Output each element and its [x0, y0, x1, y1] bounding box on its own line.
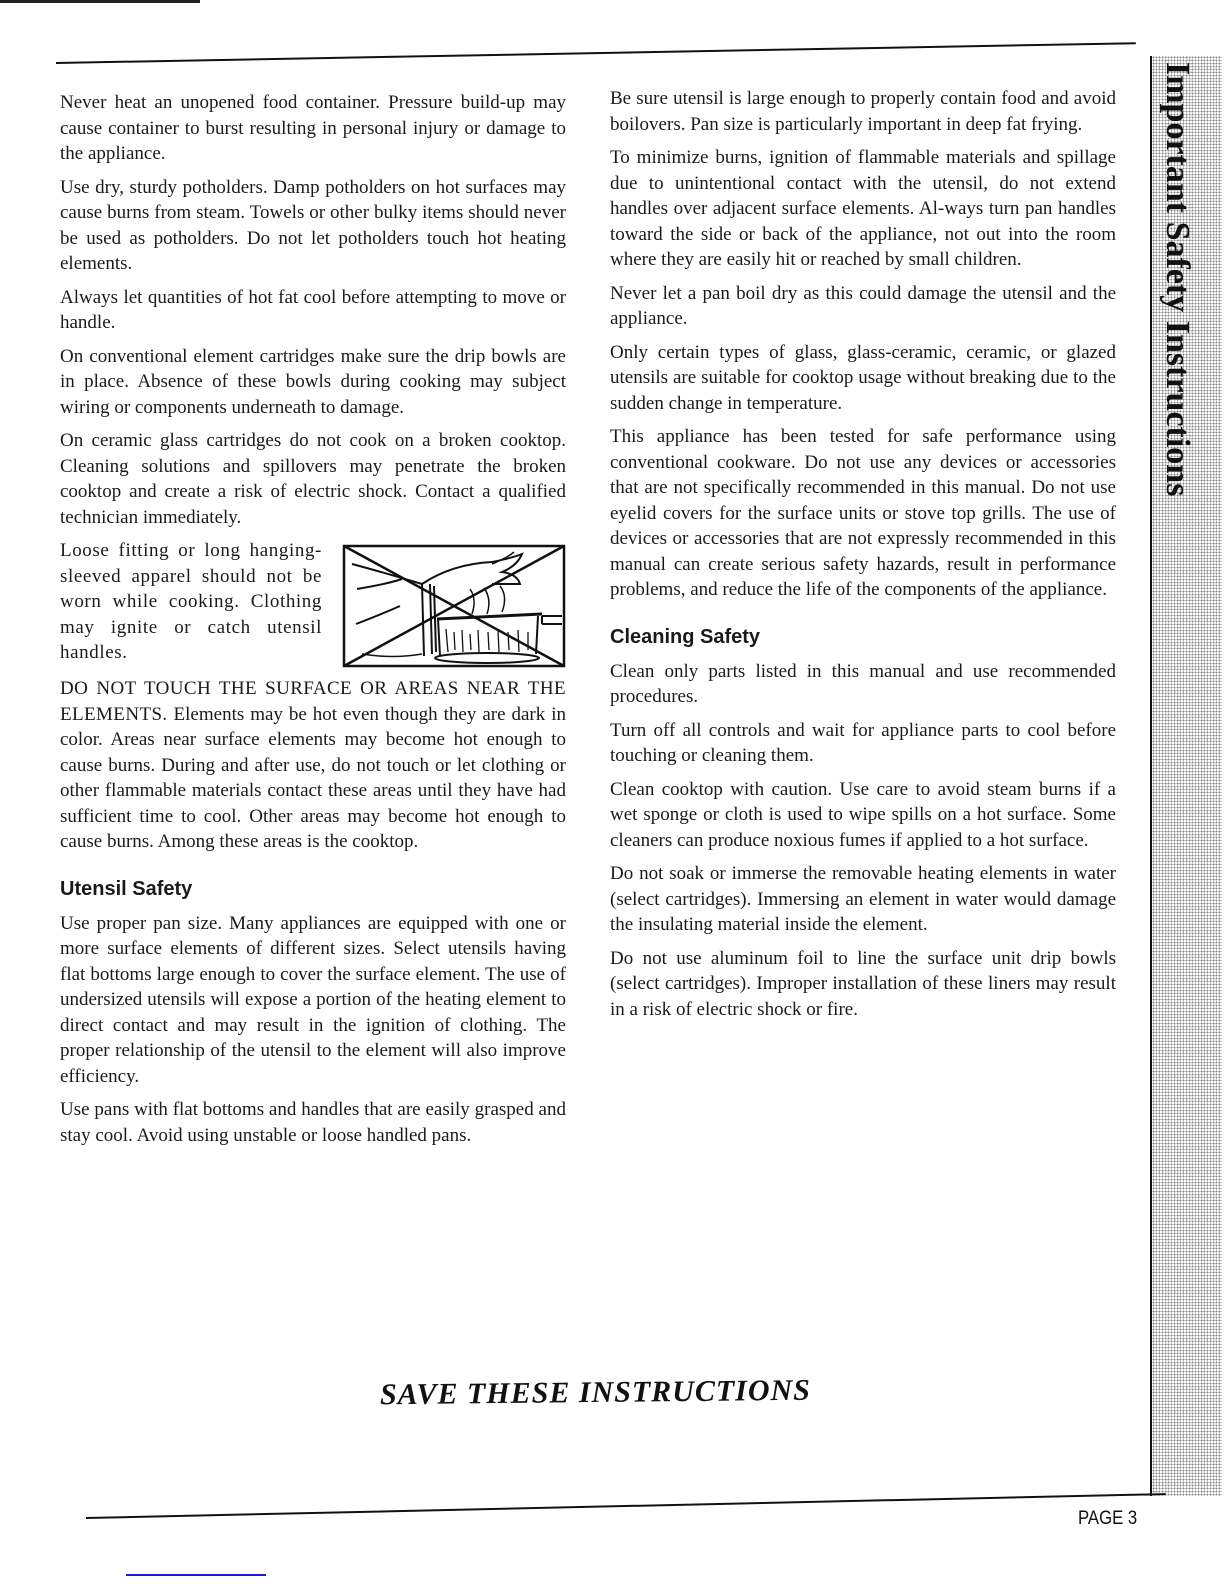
- paragraph-do-not-soak: Do not soak or immerse the removable hea…: [610, 861, 1116, 938]
- paragraph-utensil-size: Be sure utensil is large enough to prope…: [610, 86, 1116, 137]
- top-rule: [56, 42, 1136, 64]
- paragraph-conventional-cookware: This appliance has been tested for safe …: [610, 424, 1116, 603]
- bottom-rule: [86, 1493, 1166, 1519]
- apparel-warning-block: Loose fitting or long hanging-sleeved ap…: [60, 538, 566, 668]
- paragraph-hot-fat: Always let quantities of hot fat cool be…: [60, 285, 566, 336]
- cleaning-safety-heading: Cleaning Safety: [610, 625, 1116, 649]
- paragraph-do-not-touch: DO NOT TOUCH THE SURFACE OR AREAS NEAR T…: [60, 676, 566, 855]
- paragraph-drip-bowls: On conventional element cartridges make …: [60, 344, 566, 421]
- paragraph-potholders: Use dry, sturdy potholders. Damp pothold…: [60, 175, 566, 277]
- side-tab-label: Important Safety Instructions: [1160, 62, 1194, 496]
- warning-body-text: Elements may be hot even though they are…: [60, 704, 566, 853]
- paragraph-loose-apparel: Loose fitting or long hanging-sleeved ap…: [60, 538, 322, 666]
- paragraph-ceramic-glass: On ceramic glass cartridges do not cook …: [60, 428, 566, 530]
- paragraph-aluminum-foil: Do not use aluminum foil to line the sur…: [610, 946, 1116, 1023]
- paragraph-glass-utensils: Only certain types of glass, glass-ceram…: [610, 340, 1116, 417]
- side-tab: Important Safety Instructions: [1150, 56, 1222, 1496]
- paragraph-clean-only-parts: Clean only parts listed in this manual a…: [610, 659, 1116, 710]
- paragraph-unopened-container: Never heat an unopened food container. P…: [60, 90, 566, 167]
- page-number: PAGE 3: [1078, 1508, 1137, 1530]
- right-column: Be sure utensil is large enough to prope…: [610, 86, 1116, 1030]
- crossed-out-sleeve-illustration-icon: [342, 544, 566, 668]
- paragraph-flat-bottom-pans: Use pans with flat bottoms and handles t…: [60, 1097, 566, 1148]
- save-instructions-banner: SAVE THESE INSTRUCTIONS: [380, 1374, 811, 1413]
- scan-corner-mark: [0, 0, 200, 3]
- utensil-safety-heading: Utensil Safety: [60, 877, 566, 901]
- stray-blue-line: [126, 1574, 266, 1576]
- paragraph-pan-handles: To minimize burns, ignition of flammable…: [610, 145, 1116, 273]
- paragraph-clean-cooktop: Clean cooktop with caution. Use care to …: [610, 777, 1116, 854]
- left-column: Never heat an unopened food container. P…: [60, 90, 566, 1156]
- paragraph-turn-off-controls: Turn off all controls and wait for appli…: [610, 718, 1116, 769]
- paragraph-boil-dry: Never let a pan boil dry as this could d…: [610, 281, 1116, 332]
- paragraph-proper-pan-size: Use proper pan size. Many appliances are…: [60, 911, 566, 1090]
